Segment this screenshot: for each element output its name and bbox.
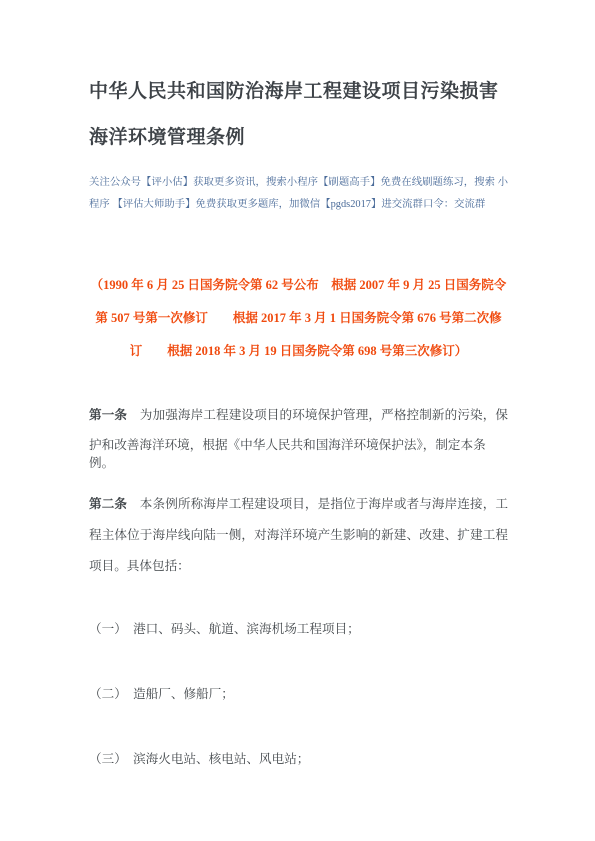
article-1-label: 第一条 xyxy=(89,408,127,422)
article-1-line-1: 第一条 为加强海岸工程建设项目的环境保护管理，严格控制新的污染，保 xyxy=(89,407,508,425)
document-title-line-2: 海洋环境管理条例 xyxy=(89,125,508,152)
article-2-line-3: 项目。具体包括： xyxy=(89,558,508,576)
article-1-text: 为加强海岸工程建设项目的环境保护管理，严格控制新的污染，保 xyxy=(127,408,508,422)
list-item-2: （二） 造船厂、修船厂； xyxy=(89,686,508,704)
decree-history-line-1: （1990 年 6 月 25 日国务院令第 62 号公布 根据 2007 年 9… xyxy=(89,277,508,295)
text-column: 中华人民共和国防治海岸工程建设项目污染损害 海洋环境管理条例 关注公众号【评小估… xyxy=(89,0,508,841)
article-1-line-2: 护和改善海洋环境，根据《中华人民共和国海洋环境保护法》，制定本条例。 xyxy=(89,437,508,472)
article-2-label: 第二条 xyxy=(89,497,127,511)
decree-history-line-3: 订 根据 2018 年 3 月 19 日国务院令第 698 号第三次修订） xyxy=(89,343,508,361)
decree-history-line-2: 第 507 号第一次修订 根据 2017 年 3 月 1 日国务院令第 676 … xyxy=(89,310,508,328)
article-2-line-1: 第二条 本条例所称海岸工程建设项目，是指位于海岸或者与海岸连接，工 xyxy=(89,496,508,514)
list-item-1: （一） 港口、码头、航道、滨海机场工程项目； xyxy=(89,621,508,639)
document-title-line-1: 中华人民共和国防治海岸工程建设项目污染损害 xyxy=(89,79,508,106)
promo-notice-line-1: 关注公众号【评小估】获取更多资讯，搜索小程序【刷题高手】免费在线刷题练习，搜索 … xyxy=(89,176,508,191)
list-item-3: （三） 滨海火电站、核电站、风电站； xyxy=(89,751,508,769)
article-2-line-2: 程主体位于海岸线向陆一侧，对海洋环境产生影响的新建、改建、扩建工程 xyxy=(89,527,508,545)
article-2-text: 本条例所称海岸工程建设项目，是指位于海岸或者与海岸连接，工 xyxy=(127,497,508,511)
document-page: 中华人民共和国防治海岸工程建设项目污染损害 海洋环境管理条例 关注公众号【评小估… xyxy=(0,0,595,841)
promo-notice-line-2: 程序 【评估大师助手】免费获取更多题库，加微信【pgds2017】进交流群口令：… xyxy=(89,198,508,213)
